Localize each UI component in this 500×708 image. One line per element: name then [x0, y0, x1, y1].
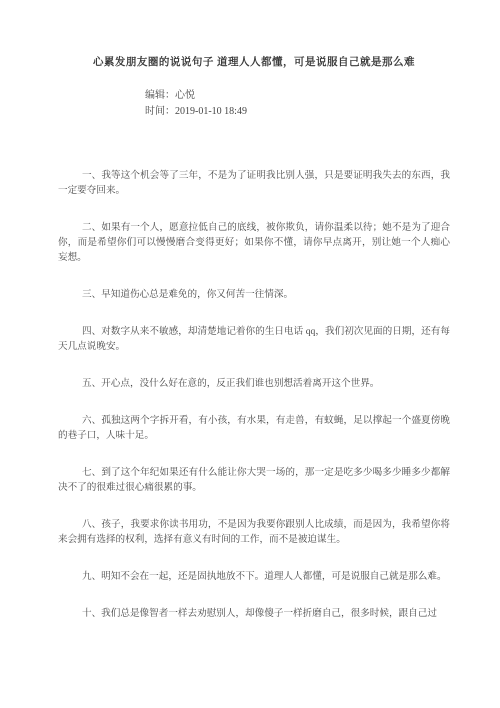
- editor-name: 心悦: [175, 90, 195, 101]
- paragraph: 八、孩子，我要求你读书用功，不是因为我要你跟别人比成绩，而是因为，我希望你将来会…: [58, 517, 450, 547]
- article-page: 心累发朋友圈的说说句子 道理人人都懂，可是说服自己就是那么难 编辑：心悦 时间：…: [0, 0, 500, 708]
- paragraph-list: 一、我等这个机会等了三年，不是为了证明我比别人强，只是要证明我失去的东西，我一定…: [58, 168, 450, 621]
- article-title: 心累发朋友圈的说说句子 道理人人都懂，可是说服自己就是那么难: [58, 55, 450, 71]
- paragraph: 十、我们总是像智者一样去劝慰别人，却像傻子一样折磨自己，很多时候，跟自己过: [58, 606, 450, 621]
- paragraph: 三、早知道伤心总是难免的，你又何苦一往情深。: [58, 287, 450, 302]
- editor-label: 编辑：: [145, 90, 175, 101]
- time-row: 时间：2019-01-10 18:49: [145, 104, 450, 120]
- paragraph: 五、开心点，没什么好在意的，反正我们谁也别想活着离开这个世界。: [58, 376, 450, 391]
- article-meta: 编辑：心悦 时间：2019-01-10 18:49: [145, 88, 450, 120]
- paragraph: 七、到了这个年纪如果还有什么能让你大哭一场的，那一定是吃多少喝多少睡多少都解决不…: [58, 465, 450, 495]
- paragraph: 一、我等这个机会等了三年，不是为了证明我比别人强，只是要证明我失去的东西，我一定…: [58, 168, 450, 198]
- paragraph: 六、孤独这两个字拆开看，有小孩，有水果，有走兽，有蚊蝇，足以撑起一个盛夏傍晚的巷…: [58, 413, 450, 443]
- paragraph: 二、如果有一个人，愿意拉低自己的底线，被你欺负，请你温柔以待；她不是为了迎合你，…: [58, 220, 450, 265]
- editor-row: 编辑：心悦: [145, 88, 450, 104]
- paragraph: 四、对数字从来不敏感，却清楚地记着你的生日电话 qq，我们初次见面的日期，还有每…: [58, 324, 450, 354]
- time-label: 时间：: [145, 106, 175, 117]
- time-value: 2019-01-10 18:49: [175, 106, 247, 117]
- paragraph: 九、明知不会在一起，还是固执地放不下。道理人人都懂，可是说服自己就是那么难。: [58, 569, 450, 584]
